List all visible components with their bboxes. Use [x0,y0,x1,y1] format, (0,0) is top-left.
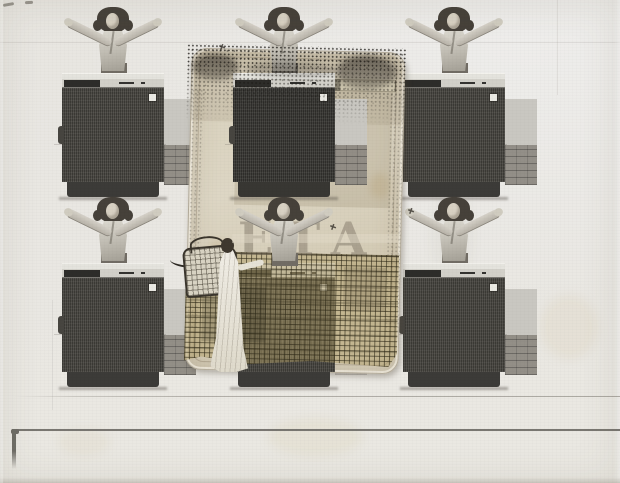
machine-body [62,278,164,372]
speckle-blob [336,55,397,90]
backdrop-floor-brick [335,145,367,185]
panel-dot [482,272,486,274]
machine-logo-badge [490,284,497,291]
shelf-corner-post [12,429,16,469]
machine-body [62,88,164,182]
washing-machine [403,263,505,389]
print-bottom-right [401,197,559,389]
machine-base [408,182,500,197]
machine-body [403,278,505,372]
panel-dot [141,272,145,274]
machine-base [408,372,500,387]
machine-logo-badge [149,284,156,291]
woman-figure [402,7,506,79]
backdrop-floor-brick [505,145,537,185]
speckle-blob [246,61,336,79]
control-knob-block [405,270,441,277]
washing-machine [62,263,164,389]
machine-body [403,88,505,182]
machine-control-panel [62,269,164,278]
speckle-band [185,44,407,133]
machine-shadow [59,387,167,390]
backdrop-floor-brick [505,335,537,375]
woman-figure [402,197,506,269]
panel-dash [460,82,475,84]
panel-dash [119,82,134,84]
machine-control-panel [403,269,505,278]
woman-figure [61,197,165,269]
panel-dash [460,272,475,274]
panel-dash [119,272,134,274]
plaid-shadow [343,267,387,312]
machine-control-panel [403,79,505,88]
shelf-line-dark [12,429,620,431]
print-top-right [401,7,559,199]
speckle-blob [192,54,239,81]
washing-machine [403,73,505,199]
machine-shadow [400,387,508,390]
woman-face [106,203,119,219]
machine-logo-badge [149,94,156,101]
backdrop-wall [505,99,537,145]
machine-base [238,182,330,197]
woman-face [447,13,460,29]
machine-shadow [230,387,338,390]
control-knob-block [64,270,100,277]
control-knob-block [405,80,441,87]
machine-base [67,182,159,197]
woman-figure [232,197,336,269]
washing-machine [62,73,164,199]
artwork-canvas: ETA [0,0,620,483]
woman-face [447,203,460,219]
shelf-line-thin [14,396,620,397]
backdrop-wall [505,289,537,335]
woman-face [106,13,119,29]
control-knob-block [64,80,100,87]
machine-logo-badge [490,94,497,101]
machine-control-panel [62,79,164,88]
woman-face [277,203,290,219]
panel-dot [141,82,145,84]
machine-base [67,372,159,387]
woman-face [277,13,290,29]
woman-figure [61,7,165,79]
panel-dot [482,82,486,84]
